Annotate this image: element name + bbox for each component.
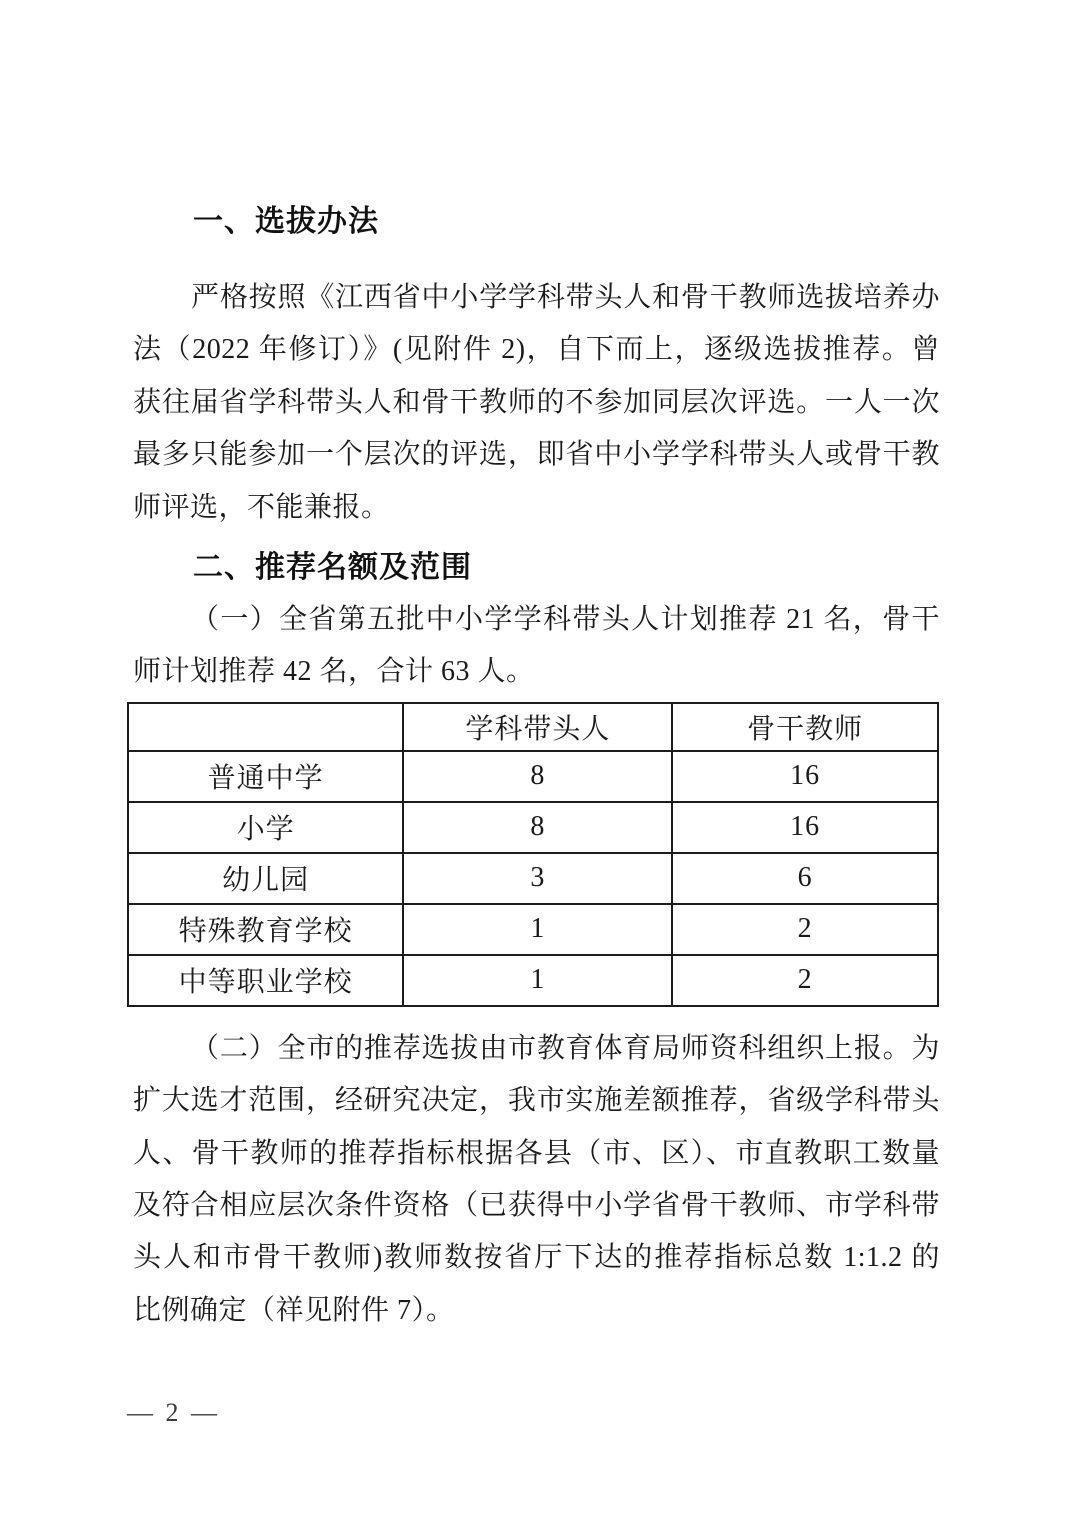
- text-line: 及符合相应层次条件资格（已获得中小学省骨干教师、市学科带: [133, 1180, 940, 1232]
- table-cell: 16: [672, 751, 938, 802]
- table-header-cell-backbone-teacher: 骨干教师: [672, 703, 938, 751]
- table-row: 特殊教育学校 1 2: [128, 904, 938, 955]
- table-cell: 3: [403, 853, 672, 904]
- paragraph-selection-method: 严格按照《江西省中小学学科带头人和骨干教师选拔培养办 法（2022 年修订）》(…: [133, 272, 940, 534]
- table-row: 中等职业学校 1 2: [128, 955, 938, 1006]
- text-line: 严格按照《江西省中小学学科带头人和骨干教师选拔培养办: [133, 272, 940, 324]
- table-header-cell-empty: [128, 703, 403, 751]
- text-line: 师评选，不能兼报。: [133, 482, 940, 534]
- text-line: 扩大选才范围，经研究决定，我市实施差额推荐，省级学科带头: [133, 1075, 940, 1127]
- section-heading-selection-method: 一、选拔办法: [133, 196, 940, 248]
- paragraph-city-recommendation: （二）全市的推荐选拔由市教育体育局师资科组织上报。为 扩大选才范围，经研究决定，…: [133, 1023, 940, 1337]
- table-cell: 2: [672, 904, 938, 955]
- row-label: 幼儿园: [128, 853, 403, 904]
- table-header-row: 学科带头人 骨干教师: [128, 703, 938, 751]
- row-label: 普通中学: [128, 751, 403, 802]
- table-cell: 8: [403, 802, 672, 853]
- row-label: 小学: [128, 802, 403, 853]
- table-header-cell-subject-leader: 学科带头人: [403, 703, 672, 751]
- table-cell: 1: [403, 904, 672, 955]
- table-cell: 6: [672, 853, 938, 904]
- text-line: 法（2022 年修订）》(见附件 2)，自下而上，逐级选拔推荐。曾: [133, 324, 940, 376]
- text-line: 获往届省学科带头人和骨干教师的不参加同层次评选。一人一次: [133, 377, 940, 429]
- text-line: 师计划推荐 42 名，合计 63 人。: [133, 646, 940, 698]
- document-page: 一、选拔办法 严格按照《江西省中小学学科带头人和骨干教师选拔培养办 法（2022…: [0, 0, 1074, 1520]
- table-cell: 8: [403, 751, 672, 802]
- table-cell: 1: [403, 955, 672, 1006]
- row-label: 特殊教育学校: [128, 904, 403, 955]
- table-row: 幼儿园 3 6: [128, 853, 938, 904]
- text-line: 最多只能参加一个层次的评选，即省中小学学科带头人或骨干教: [133, 429, 940, 481]
- table-cell: 16: [672, 802, 938, 853]
- section-heading-quota-scope: 二、推荐名额及范围: [133, 542, 940, 594]
- text-line: （二）全市的推荐选拔由市教育体育局师资科组织上报。为: [133, 1023, 940, 1075]
- paragraph-quota-summary: （一）全省第五批中小学学科带头人计划推荐 21 名，骨干教 师计划推荐 42 名…: [133, 594, 940, 699]
- text-line: （一）全省第五批中小学学科带头人计划推荐 21 名，骨干教: [133, 594, 940, 646]
- table-row: 小学 8 16: [128, 802, 938, 853]
- text-line: 头人和市骨干教师)教师数按省厅下达的推荐指标总数 1:1.2 的: [133, 1232, 940, 1284]
- document-body: 一、选拔办法 严格按照《江西省中小学学科带头人和骨干教师选拔培养办 法（2022…: [133, 196, 940, 1337]
- text-line: 比例确定（祥见附件 7）。: [133, 1285, 940, 1337]
- table-row: 普通中学 8 16: [128, 751, 938, 802]
- table-cell: 2: [672, 955, 938, 1006]
- text-line: 人、骨干教师的推荐指标根据各县（市、区）、市直教职工数量: [133, 1128, 940, 1180]
- page-number: — 2 —: [127, 1398, 220, 1428]
- row-label: 中等职业学校: [128, 955, 403, 1006]
- quota-table: 学科带头人 骨干教师 普通中学 8 16 小学 8 16 幼儿园 3 6: [127, 702, 939, 1007]
